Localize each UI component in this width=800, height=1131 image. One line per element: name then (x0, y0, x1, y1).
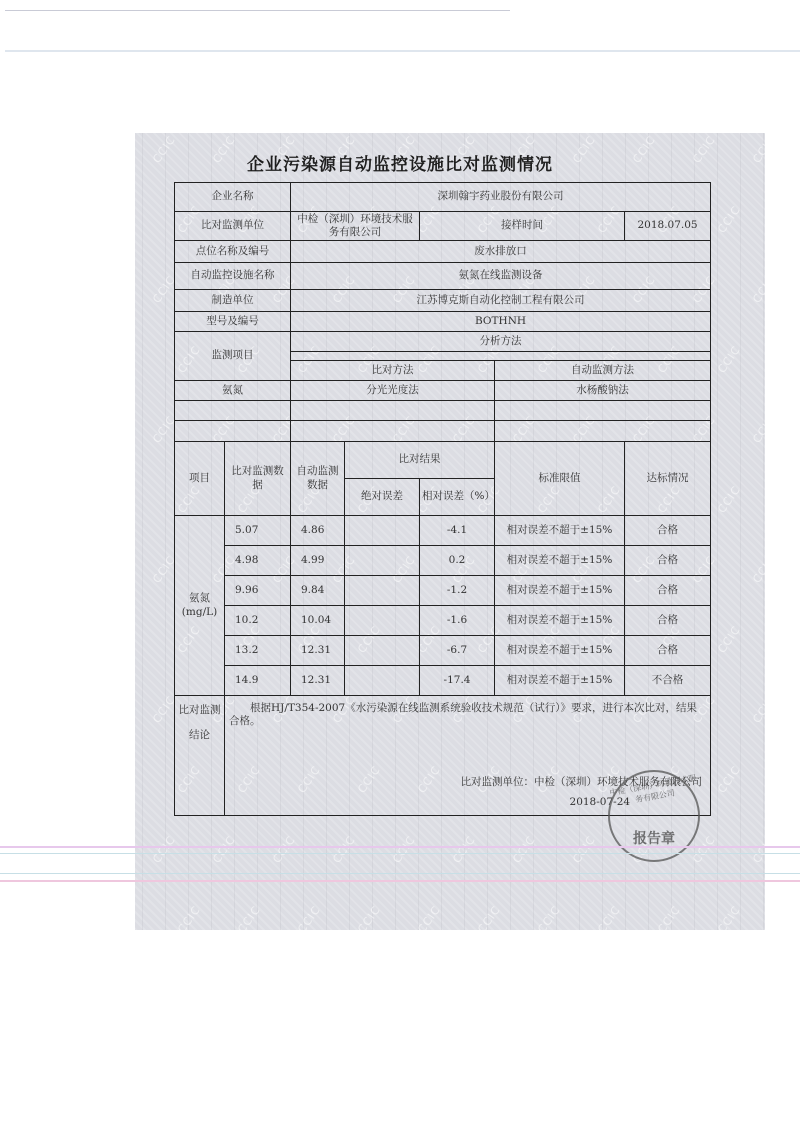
cell-abs (345, 666, 420, 696)
cell-limit: 相对误差不超于±15% (495, 636, 625, 666)
cell-status: 合格 (625, 636, 711, 666)
cell-rel: -1.6 (420, 606, 495, 636)
watermark-text: CCIC (535, 903, 563, 935)
monitor-unit-value: 中检（深圳）环境技术服务有限公司 (291, 212, 420, 241)
header-auto-data: 自动监测数据 (291, 442, 345, 516)
manufacturer-label: 制造单位 (175, 290, 291, 312)
scan-artifact-line (5, 10, 510, 11)
cell-abs (345, 546, 420, 576)
cell-auto: 4.86 (291, 516, 345, 546)
model-value: BOTHNH (291, 312, 711, 332)
watermark-text: CCIC (415, 903, 443, 935)
watermark-text: CCIC (715, 203, 743, 235)
cell-rel: 0.2 (420, 546, 495, 576)
cell-rel: -4.1 (420, 516, 495, 546)
cell-abs (345, 636, 420, 666)
table-row: 4.984.990.2相对误差不超于±15%合格 (175, 546, 711, 576)
watermark-text: CCIC (235, 903, 263, 935)
header-compare-data: 比对监测数据 (225, 442, 291, 516)
cell-abs (345, 606, 420, 636)
blank-cell (495, 401, 711, 421)
table-row: 10.210.04-1.6相对误差不超于±15%合格 (175, 606, 711, 636)
watermark-text: CCIC (715, 763, 743, 795)
cell-auto: 4.99 (291, 546, 345, 576)
cell-compare: 4.98 (225, 546, 291, 576)
cell-abs (345, 576, 420, 606)
watermark-text: CCIC (210, 833, 238, 865)
blank-cell (291, 401, 495, 421)
cell-compare: 5.07 (225, 516, 291, 546)
watermark-text: CCIC (510, 833, 538, 865)
cell-status: 合格 (625, 546, 711, 576)
method-item-value: 氨氮 (175, 381, 291, 401)
watermark-text: CCIC (390, 833, 418, 865)
watermark-text: CCIC (750, 553, 778, 585)
table-row: 氨氮(mg/L)5.074.86-4.1相对误差不超于±15%合格 (175, 516, 711, 546)
watermark-text: CCIC (150, 833, 178, 865)
cell-rel: -6.7 (420, 636, 495, 666)
watermark-text: CCIC (775, 623, 800, 655)
watermark-text: CCIC (715, 483, 743, 515)
model-label: 型号及编号 (175, 312, 291, 332)
company-label: 企业名称 (175, 183, 291, 212)
watermark-text: CCIC (750, 693, 778, 725)
cell-limit: 相对误差不超于±15% (495, 516, 625, 546)
scan-artifact-line (0, 873, 800, 874)
watermark-text: CCIC (775, 903, 800, 935)
cell-limit: 相对误差不超于±15% (495, 576, 625, 606)
watermark-text: CCIC (475, 903, 503, 935)
auto-method-label: 自动监测方法 (495, 361, 711, 381)
blank-cell (175, 421, 291, 442)
watermark-text: CCIC (750, 413, 778, 445)
sampling-time-value: 2018.07.05 (625, 212, 711, 241)
scan-artifact-line (0, 880, 800, 882)
watermark-text: CCIC (595, 903, 623, 935)
manufacturer-value: 江苏博克斯自动化控制工程有限公司 (291, 290, 711, 312)
table-row: 14.912.31-17.4相对误差不超于±15%不合格 (175, 666, 711, 696)
watermark-text: CCIC (715, 903, 743, 935)
point-value: 废水排放口 (291, 241, 711, 263)
analysis-label: 分析方法 (291, 332, 711, 352)
facility-value: 氨氮在线监测设备 (291, 263, 711, 290)
cell-compare: 10.2 (225, 606, 291, 636)
company-value: 深圳翰宇药业股份有限公司 (291, 183, 711, 212)
result-item-name: 氨氮(mg/L) (175, 516, 225, 696)
conclusion-label: 比对监测 结论 (175, 696, 225, 816)
document-title: 企业污染源自动监控设施比对监测情况 (0, 150, 800, 175)
compare-method-label: 比对方法 (291, 361, 495, 381)
watermark-text: CCIC (175, 903, 203, 935)
cell-limit: 相对误差不超于±15% (495, 666, 625, 696)
cell-limit: 相对误差不超于±15% (495, 546, 625, 576)
scan-artifact-line (5, 50, 800, 52)
compare-method-value: 分光光度法 (291, 381, 495, 401)
watermark-text: CCIC (715, 343, 743, 375)
cell-compare: 9.96 (225, 576, 291, 606)
blank-cell (175, 401, 291, 421)
header-abs-error: 绝对误差 (345, 479, 420, 516)
watermark-text: CCIC (750, 273, 778, 305)
header-status: 达标情况 (625, 442, 711, 516)
header-rel-error: 相对误差（%） (420, 479, 495, 516)
watermark-text: CCIC (330, 833, 358, 865)
cell-abs (345, 516, 420, 546)
watermark-text: CCIC (270, 833, 298, 865)
conclusion-text: 根据HJ/T354-2007《水污染源在线监测系统验收技术规范（试行）》要求，进… (229, 702, 706, 728)
watermark-text: CCIC (715, 623, 743, 655)
watermark-text: CCIC (355, 903, 383, 935)
watermark-text: CCIC (655, 903, 683, 935)
monitoring-form-table: 企业名称 深圳翰宇药业股份有限公司 比对监测单位 中检（深圳）环境技术服务有限公… (174, 182, 711, 816)
header-limit: 标准限值 (495, 442, 625, 516)
table-row: 9.969.84-1.2相对误差不超于±15%合格 (175, 576, 711, 606)
header-item: 项目 (175, 442, 225, 516)
stamp-center-text: 报告章 (610, 828, 698, 848)
cell-rel: -1.2 (420, 576, 495, 606)
header-result-group: 比对结果 (345, 442, 495, 479)
cell-auto: 12.31 (291, 666, 345, 696)
blank-cell (495, 421, 711, 442)
item-label: 监测项目 (175, 332, 291, 381)
watermark-text: CCIC (775, 343, 800, 375)
watermark-text: CCIC (450, 833, 478, 865)
watermark-text: CCIC (750, 833, 778, 865)
cell-compare: 14.9 (225, 666, 291, 696)
sampling-time-label: 接样时间 (420, 212, 625, 241)
scan-artifact-line (0, 846, 800, 848)
auto-method-value: 水杨酸钠法 (495, 381, 711, 401)
watermark-text: CCIC (775, 763, 800, 795)
monitor-unit-label: 比对监测单位 (175, 212, 291, 241)
cell-status: 合格 (625, 576, 711, 606)
cell-auto: 9.84 (291, 576, 345, 606)
cell-status: 合格 (625, 516, 711, 546)
watermark-text: CCIC (570, 833, 598, 865)
cell-status: 合格 (625, 606, 711, 636)
cell-auto: 10.04 (291, 606, 345, 636)
watermark-text: CCIC (775, 483, 800, 515)
facility-label: 自动监控设施名称 (175, 263, 291, 290)
point-label: 点位名称及编号 (175, 241, 291, 263)
cell-auto: 12.31 (291, 636, 345, 666)
watermark-text: CCIC (295, 903, 323, 935)
blank-cell (291, 421, 495, 442)
watermark-text: CCIC (775, 203, 800, 235)
cell-status: 不合格 (625, 666, 711, 696)
cell-rel: -17.4 (420, 666, 495, 696)
official-stamp: 中检（深圳）环境技术服务有限公司 报告章 (608, 770, 700, 862)
cell-compare: 13.2 (225, 636, 291, 666)
table-row: 13.212.31-6.7相对误差不超于±15%合格 (175, 636, 711, 666)
cell-limit: 相对误差不超于±15% (495, 606, 625, 636)
scan-artifact-line (0, 853, 800, 854)
